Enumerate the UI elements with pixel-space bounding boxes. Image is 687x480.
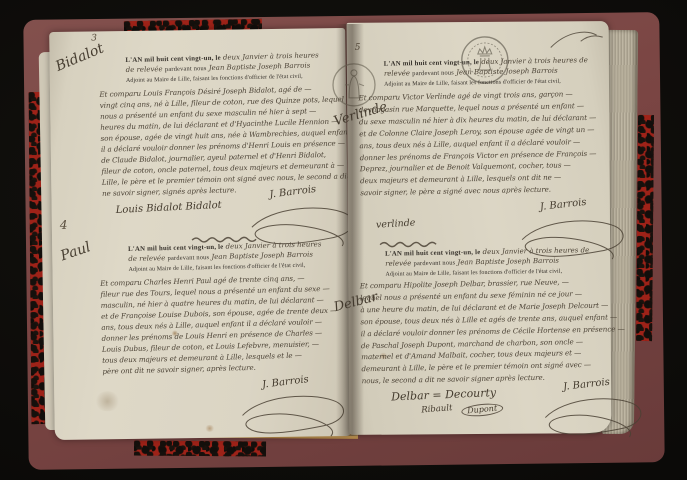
entry-header: L'AN mil huit cent vingt-un, le deux Jan… bbox=[125, 51, 319, 86]
printed-form-text: pardevant nous bbox=[412, 69, 454, 77]
printed-form-text: L'AN mil huit cent vingt-un, le bbox=[385, 249, 480, 258]
signature-ribault: Ribault bbox=[421, 403, 453, 415]
handwritten-date: deux Janvier à trois heures de bbox=[483, 246, 590, 256]
margin-note-bidalot: Bidalot bbox=[53, 40, 106, 74]
marbled-paper-bottom bbox=[134, 441, 266, 457]
printed-form-text: pardevant nous bbox=[165, 65, 207, 73]
handwritten-text: de relevée bbox=[128, 254, 165, 263]
entry-body: Et comparu Louis François Désiré Joseph … bbox=[99, 83, 342, 199]
signature-delbar: Delbar = Decourty bbox=[391, 386, 496, 403]
handwritten-date: deux Janvier à trois heures de bbox=[481, 56, 588, 66]
entry-number: 4 bbox=[60, 218, 68, 232]
entry-body: Et comparu Hipolite Joseph Delbar, brass… bbox=[360, 276, 604, 388]
printed-form-text: Adjoint au Maire de Lille, faisant les f… bbox=[129, 262, 306, 272]
signature-dupont-circled: Dupont bbox=[461, 402, 504, 418]
marbled-paper-right bbox=[636, 115, 654, 341]
foxing-stain bbox=[205, 425, 215, 432]
entry-separator-scribble bbox=[378, 240, 442, 248]
printed-form-text: L'AN mil huit cent vingt-un, le bbox=[125, 55, 220, 64]
printed-form-text: L'AN mil huit cent vingt-un, le bbox=[384, 59, 479, 68]
entry-body: Et comparu Victor Verlinde agé de vingt … bbox=[358, 88, 602, 200]
signature-bidalot: Louis Bidalot Bidalot bbox=[115, 200, 222, 216]
entry-header: L'AN mil huit cent vingt-un, le deux Jan… bbox=[385, 246, 590, 280]
officer-name: Jean Baptiste Joseph Barrois bbox=[209, 61, 311, 71]
printed-form-text: pardevant nous bbox=[414, 259, 456, 267]
entry-body: Et comparu Charles Henri Paul agé de tre… bbox=[100, 272, 343, 377]
signature-verlinde: verlinde bbox=[376, 217, 416, 230]
left-page: 3 Bidalot L'AN mil huit cent vingt-un, l… bbox=[49, 28, 351, 440]
margin-note-paul: Paul bbox=[58, 239, 92, 264]
handwritten-date: deux Janvier à trois heures bbox=[226, 240, 322, 250]
officer-name: Jean Baptiste Joseph Barrois bbox=[211, 250, 313, 260]
officer-name: Jean Baptiste Joseph Barrois bbox=[457, 256, 559, 266]
photo-background: 3 Bidalot L'AN mil huit cent vingt-un, l… bbox=[0, 0, 687, 480]
printed-form-text: Adjoint au Maire de Lille, faisant les f… bbox=[384, 78, 561, 87]
corner-paraph-flourish bbox=[547, 27, 607, 53]
officer-name: Jean Baptiste Joseph Barrois bbox=[456, 66, 558, 76]
handwritten-text: relevée bbox=[385, 259, 411, 267]
printed-form-text: pardevant nous bbox=[167, 254, 209, 262]
book-gutter-shadow bbox=[336, 24, 364, 436]
handwritten-text: relevée bbox=[384, 69, 410, 77]
printed-form-text: L'AN mil huit cent vingt-un, le bbox=[128, 244, 223, 253]
entry-header: L'AN mil huit cent vingt-un, le deux Jan… bbox=[128, 240, 322, 275]
printed-form-text: Adjoint au Maire de Lille, faisant les f… bbox=[126, 73, 303, 83]
foxing-stain bbox=[94, 391, 120, 411]
signature-paraph-flourish bbox=[539, 391, 649, 440]
signature-barrois: J. Barrois bbox=[539, 379, 659, 442]
right-page: 5 Verlinde L'AN mil huit cent vingt-un, … bbox=[347, 21, 612, 435]
entry-header: L'AN mil huit cent vingt-un, le deux Jan… bbox=[384, 56, 589, 90]
handwritten-date: deux Janvier à trois heures bbox=[223, 51, 319, 61]
handwritten-text: de relevée bbox=[126, 65, 163, 74]
